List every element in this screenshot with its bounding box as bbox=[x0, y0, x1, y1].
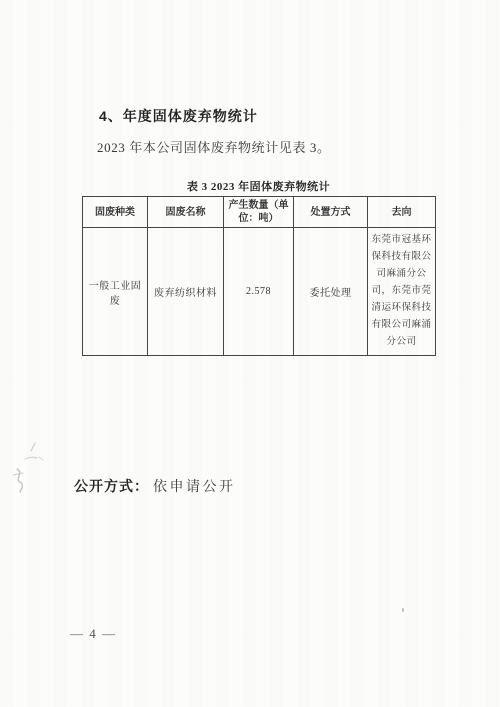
document-page: 4、年度固体废弃物统计 2023 年本公司固体废弃物统计见表 3。 表 3 20… bbox=[0, 0, 500, 707]
section-heading: 4、年度固体废弃物统计 bbox=[99, 106, 258, 126]
table-row: 一般工业固废 废弃纺织材料 2.578 委托处理 东莞市冠基环保科技有限公司麻涌… bbox=[83, 228, 436, 356]
header-disposal-method: 处置方式 bbox=[294, 197, 368, 228]
cell-waste-type: 一般工业固废 bbox=[83, 228, 148, 356]
cell-disposal-method: 委托处理 bbox=[294, 228, 368, 356]
handwritten-mark-artifact bbox=[5, 435, 55, 493]
scan-speck-artifact bbox=[402, 608, 404, 612]
header-destination: 去向 bbox=[368, 197, 436, 228]
header-waste-name: 固废名称 bbox=[148, 197, 224, 228]
cell-waste-name: 废弃纺织材料 bbox=[148, 228, 224, 356]
page-number: — 4 — bbox=[70, 626, 117, 642]
header-waste-type: 固废种类 bbox=[83, 197, 148, 228]
disclosure-value: 依申请公开 bbox=[153, 480, 236, 495]
header-quantity: 产生数量（单位：吨） bbox=[224, 197, 294, 228]
solid-waste-table: 固废种类 固废名称 产生数量（单位：吨） 处置方式 去向 一般工业固废 废弃纺织… bbox=[82, 196, 436, 356]
disclosure-line: 公开方式：依申请公开 bbox=[74, 476, 236, 496]
cell-quantity: 2.578 bbox=[224, 228, 294, 356]
cell-destination: 东莞市冠基环保科技有限公司麻涌分公司，东莞市莞清运环保科技有限公司麻涌分公司 bbox=[368, 228, 436, 356]
disclosure-label: 公开方式： bbox=[74, 478, 149, 494]
table-header-row: 固废种类 固废名称 产生数量（单位：吨） 处置方式 去向 bbox=[83, 197, 436, 228]
intro-paragraph: 2023 年本公司固体废弃物统计见表 3。 bbox=[97, 137, 331, 156]
table-title: 表 3 2023 年固体废弃物统计 bbox=[82, 178, 435, 194]
